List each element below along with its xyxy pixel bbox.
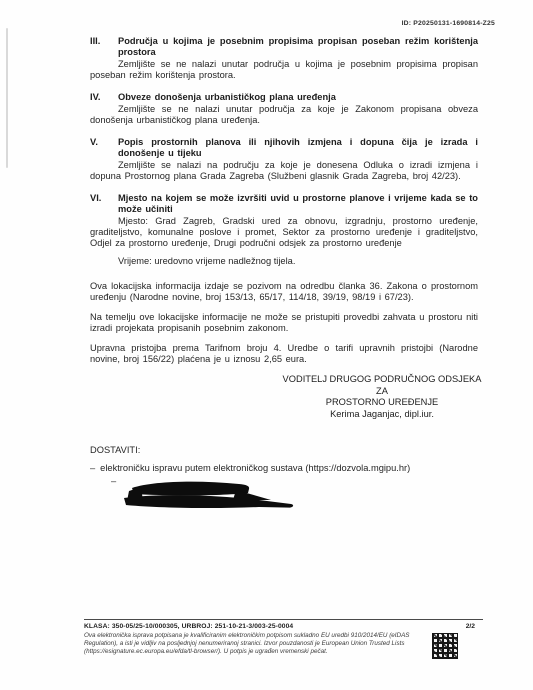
section-heading: VI. Mjesto na kojem se može izvršiti uvi… bbox=[90, 193, 478, 215]
section-v: V. Popis prostornih planova ili njihovih… bbox=[90, 137, 478, 182]
qr-code bbox=[432, 633, 458, 659]
signer-title-line1: VODITELJ DRUGOG PODRUČNOG ODSJEKA ZA bbox=[278, 374, 486, 397]
section-heading: IV. Obveze donošenja urbanističkog plana… bbox=[90, 92, 478, 103]
page-number: 2/2 bbox=[466, 623, 475, 630]
document-footer: KLASA: 350-05/25-10/000305, URBROJ: 251-… bbox=[84, 619, 483, 659]
footer-right: 2/2 bbox=[429, 623, 483, 659]
section-number: III. bbox=[90, 36, 100, 47]
section-title: Popis prostornih planova ili njihovih iz… bbox=[118, 137, 478, 158]
section-heading: III. Područja u kojima je posebnim propi… bbox=[90, 36, 478, 58]
section-body: Zemljište se ne nalazi unutar područja u… bbox=[90, 59, 478, 81]
signature-block: VODITELJ DRUGOG PODRUČNOG ODSJEKA ZA PRO… bbox=[278, 374, 486, 420]
document-id: ID: P20250131-1690814-Z25 bbox=[90, 20, 495, 27]
section-title: Područja u kojima je posebnim propisima … bbox=[118, 36, 478, 57]
section-body: Zemljište se nalazi na području za koje … bbox=[90, 160, 478, 182]
signer-name: Kerima Jaganjac, dipl.iur. bbox=[278, 409, 486, 421]
signer-title-line2: PROSTORNO UREĐENJE bbox=[278, 397, 486, 409]
delivery-item: – elektroničku ispravu putem elektroničk… bbox=[90, 463, 478, 474]
legal-basis-paragraph: Ova lokacijska informacija izdaje se poz… bbox=[90, 281, 478, 303]
section-number: IV. bbox=[90, 92, 101, 103]
footer-left: KLASA: 350-05/25-10/000305, URBROJ: 251-… bbox=[84, 623, 419, 659]
office-hours-line: Vrijeme: uredovno vrijeme nadležnog tije… bbox=[118, 256, 478, 267]
list-dash: – bbox=[111, 476, 116, 487]
delivery-item-text: elektroničku ispravu putem elektroničkog… bbox=[100, 463, 410, 474]
section-body: Mjesto: Grad Zagreb, Gradski ured za obn… bbox=[90, 216, 478, 249]
scan-edge-artifact bbox=[6, 28, 8, 168]
section-title: Mjesto na kojem se može izvršiti uvid u … bbox=[118, 193, 478, 214]
disclaimer-paragraph: Na temelju ove lokacijske informacije ne… bbox=[90, 312, 478, 334]
esignature-legal-note: Ova elektronička isprava potpisana je kv… bbox=[84, 632, 419, 657]
section-vi: VI. Mjesto na kojem se može izvršiti uvi… bbox=[90, 193, 478, 267]
list-dash: – bbox=[90, 463, 95, 474]
section-number: VI. bbox=[90, 193, 101, 204]
section-body: Zemljište se ne nalazi unutar područja z… bbox=[90, 104, 478, 126]
section-iv: IV. Obveze donošenja urbanističkog plana… bbox=[90, 92, 478, 126]
delivery-label: DOSTAVITI: bbox=[90, 445, 478, 456]
section-heading: V. Popis prostornih planova ili njihovih… bbox=[90, 137, 478, 159]
klasa-urbroj-line: KLASA: 350-05/25-10/000305, URBROJ: 251-… bbox=[84, 623, 419, 630]
delivery-block: DOSTAVITI: – elektroničku ispravu putem … bbox=[90, 445, 478, 511]
document-content: ID: P20250131-1690814-Z25 III. Područja … bbox=[0, 0, 533, 511]
delivery-item-redacted: – bbox=[111, 476, 478, 511]
section-number: V. bbox=[90, 137, 98, 148]
fee-paragraph: Upravna pristojba prema Tarifnom broju 4… bbox=[90, 343, 478, 365]
redaction-mark bbox=[121, 479, 299, 511]
section-iii: III. Područja u kojima je posebnim propi… bbox=[90, 36, 478, 81]
document-page: ID: P20250131-1690814-Z25 III. Područja … bbox=[0, 0, 533, 690]
section-title: Obveze donošenja urbanističkog plana ure… bbox=[118, 92, 336, 102]
